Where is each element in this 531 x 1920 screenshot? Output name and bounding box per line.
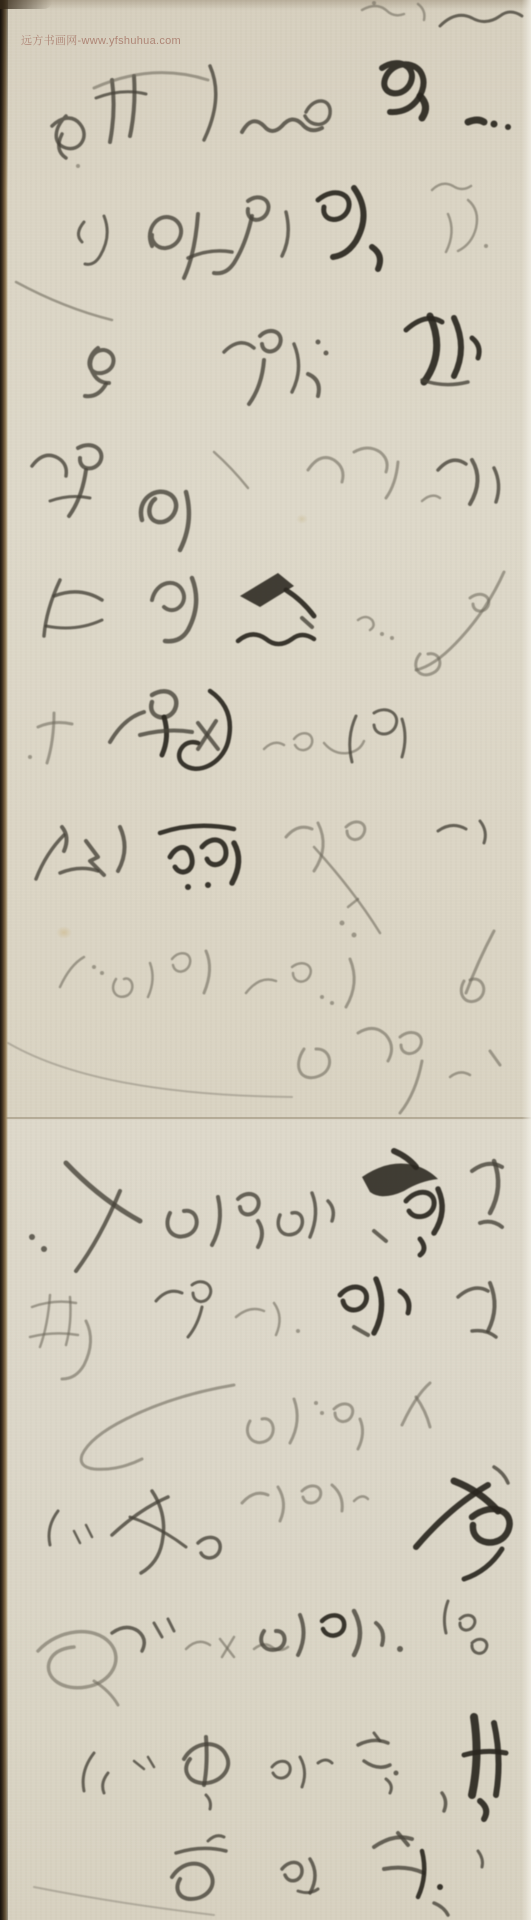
stroke-cluster-row13	[38, 1611, 403, 1705]
stroke-cluster-row11	[81, 1383, 508, 1483]
stroke-cluster-row5	[44, 572, 504, 675]
watermark-text: 远方书画网-www.yfshuhua.com	[21, 32, 181, 48]
calligraphy-scan-photo: 远方书画网-www.yfshuhua.com	[0, 0, 531, 1920]
stroke-cluster-row8	[8, 951, 500, 1113]
stroke-cluster-row2	[16, 164, 488, 320]
calligraphy-strokes-layer	[0, 0, 531, 1920]
stroke-cluster-row1	[52, 63, 511, 158]
stroke-cluster-top-right-fragments	[362, 1, 522, 26]
scroll-left-edge-shading	[0, 0, 8, 1920]
stroke-cluster-row4	[32, 445, 499, 550]
top-left-corner-shadow	[0, 0, 52, 9]
stroke-cluster-row6	[28, 691, 405, 769]
stroke-cluster-row3	[85, 316, 479, 404]
stroke-cluster-row14	[83, 1717, 506, 1819]
stroke-cluster-row10	[30, 1279, 496, 1379]
stroke-cluster-row9	[29, 1151, 502, 1271]
stroke-cluster-row15	[34, 1793, 483, 1915]
right-edge-highlight	[522, 0, 531, 1920]
stroke-cluster-row12	[49, 1481, 510, 1653]
stroke-cluster-row7	[36, 821, 494, 1002]
